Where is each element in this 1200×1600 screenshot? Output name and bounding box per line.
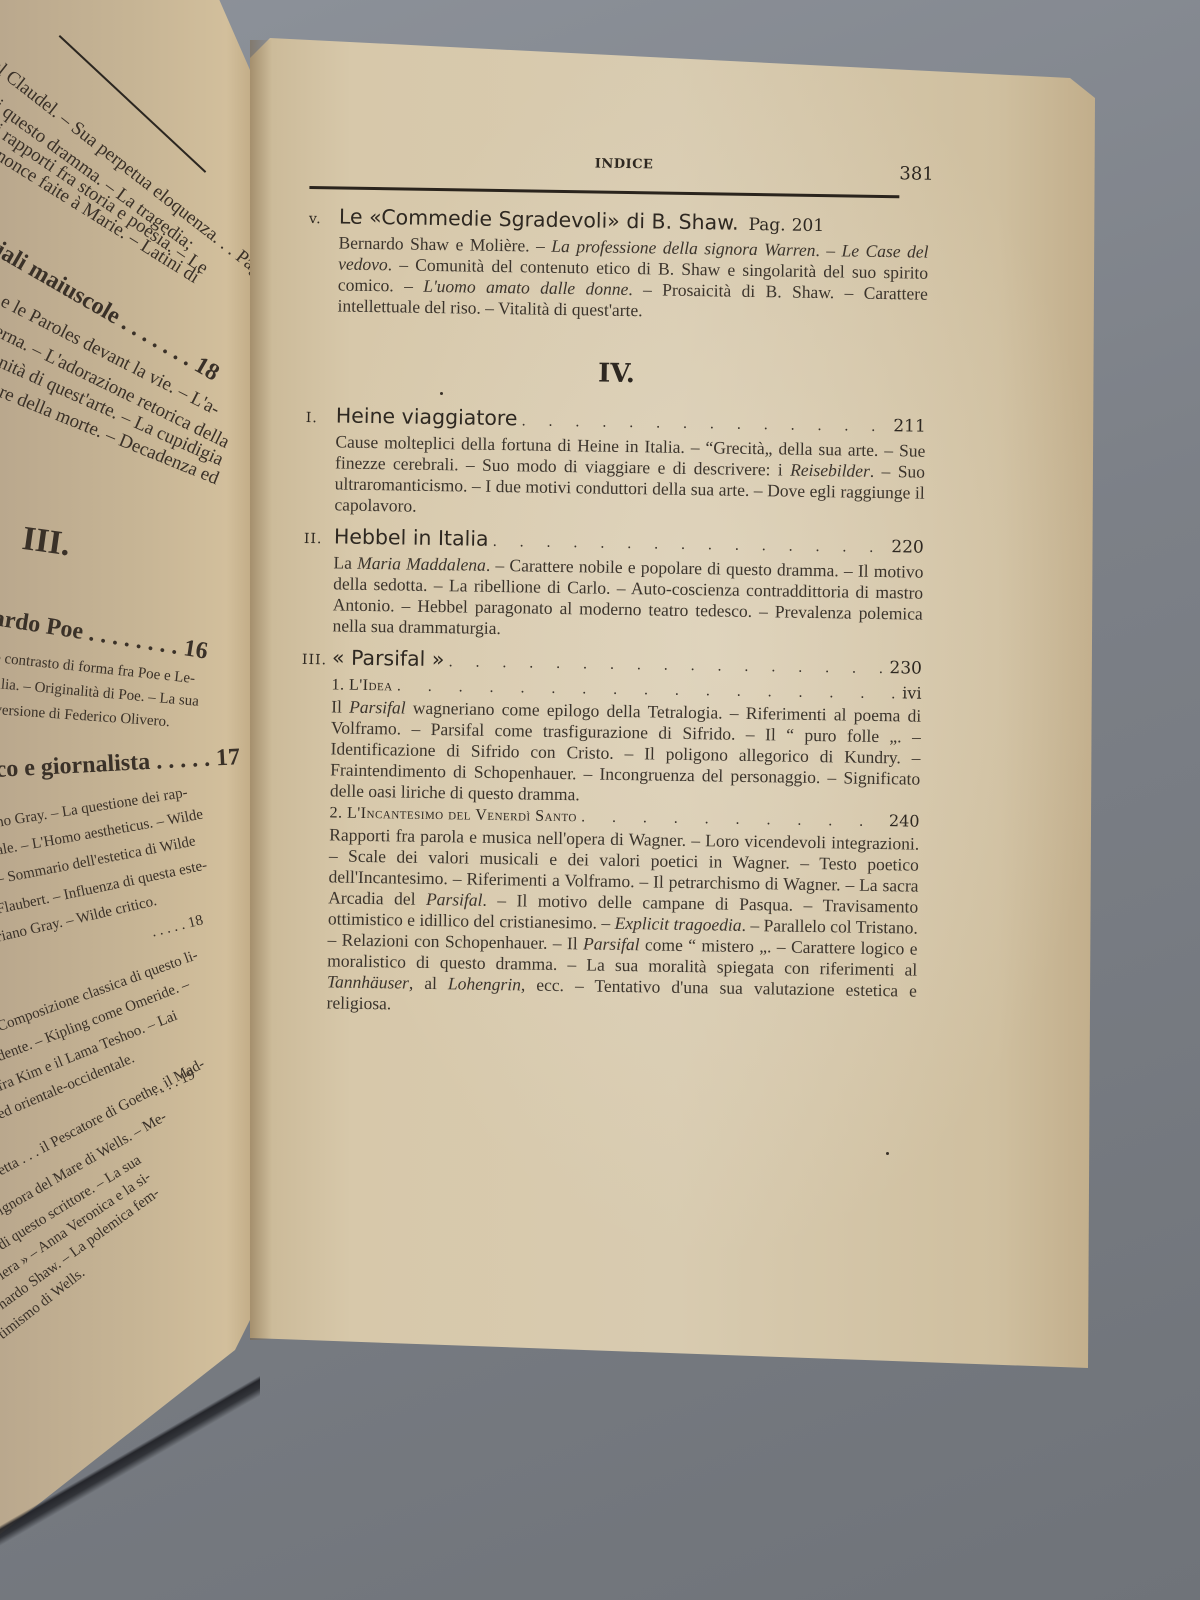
index-page-content: INDICE 381 v. Le «Commedie Sgradevoli» d… (296, 150, 930, 1031)
entry-summary: La Maria Maddalena. – Carattere nobile e… (332, 552, 923, 645)
subsection-page: ivi (902, 682, 922, 704)
toc-entry-heine: I. Heine viaggiatore . . . . . . . . . .… (304, 402, 926, 525)
section-heading: IV. (306, 354, 926, 394)
left-page-edge-shadow (0, 1300, 260, 1560)
entry-page: 220 (891, 534, 924, 561)
page-prefix: Pag. (748, 212, 786, 239)
running-title: INDICE (595, 156, 654, 172)
print-speck (886, 1152, 889, 1155)
entry-number: II. (304, 526, 334, 552)
subsection-summary: Rapporti fra parola e musica nell'opera … (326, 824, 919, 1022)
page-number: 381 (899, 163, 934, 185)
subsection-title: 1. L'Idea (331, 674, 392, 697)
entry-summary: Cause molteplici della fortuna di Heine … (334, 431, 925, 524)
subsection-page: 240 (889, 810, 920, 832)
toc-entry-shaw: v. Le «Commedie Sgradevoli» di B. Shaw. … (307, 203, 929, 326)
subsection-summary: Il Parsifal wagneriano come epilogo dell… (330, 696, 922, 810)
entry-number: III. (302, 647, 332, 673)
entry-page: 230 (889, 655, 922, 682)
entry-title: Heine viaggiatore (336, 402, 518, 431)
toc-entry-parsifal: III. « Parsifal » . . . . . . . . . . . … (296, 644, 922, 1023)
entry-title: Hebbel in Italia (334, 523, 489, 551)
print-speck (440, 392, 443, 395)
entry-title: Le «Commedie Sgradevoli» di B. Shaw. (339, 203, 739, 235)
entry-number: v. (309, 206, 339, 232)
entry-title: « Parsifal » (332, 644, 445, 672)
entry-summary: Bernardo Shaw e Molière. – La profession… (337, 232, 928, 325)
entry-number: I. (306, 405, 336, 431)
left-section-heading: III. (20, 520, 73, 564)
toc-entry-hebbel: II. Hebbel in Italia . . . . . . . . . .… (302, 523, 924, 646)
book-gutter (250, 40, 272, 1340)
entry-page: 211 (893, 413, 926, 440)
entry-page: 201 (791, 213, 824, 240)
